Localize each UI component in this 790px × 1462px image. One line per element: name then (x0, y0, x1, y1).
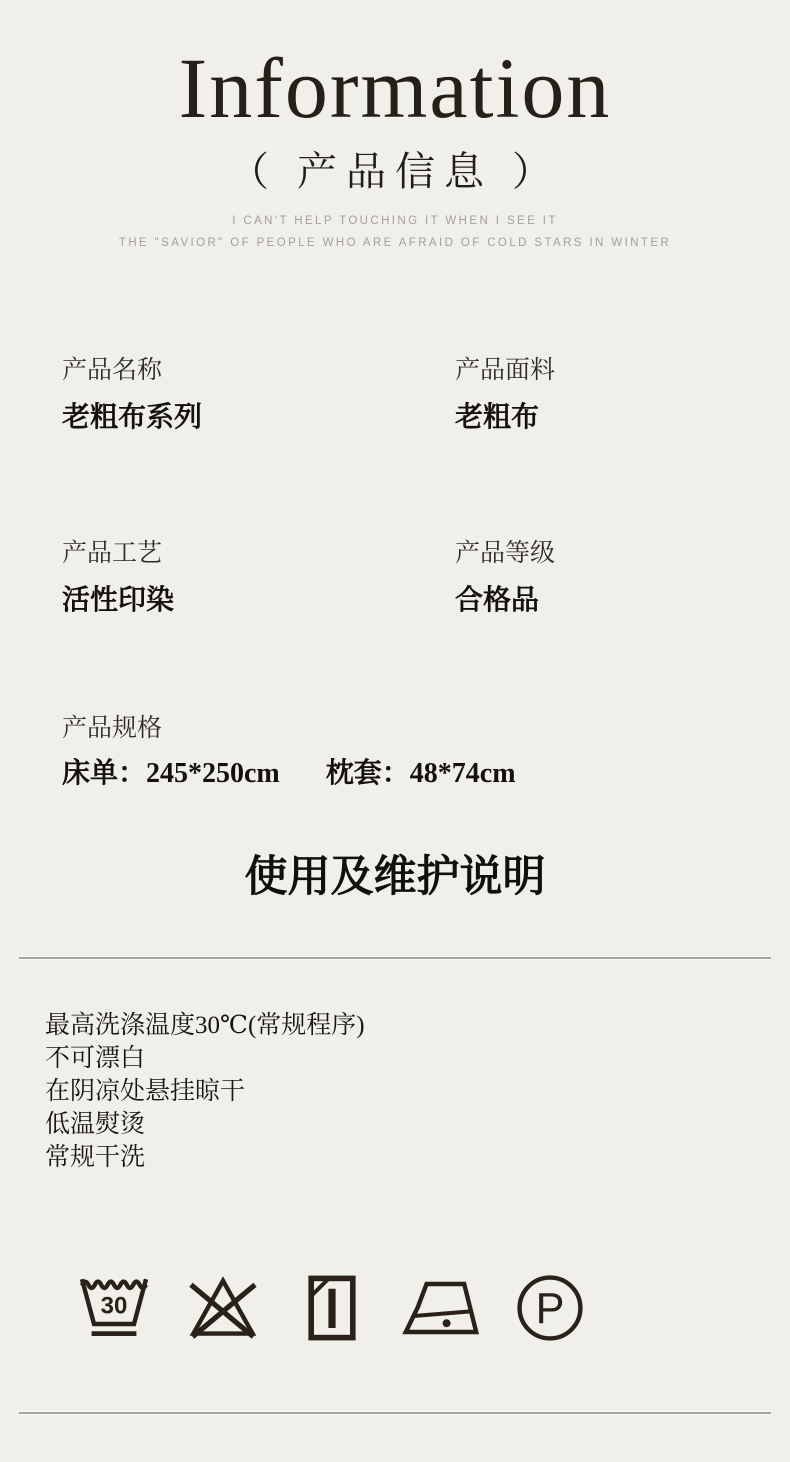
tagline-line-1: I CAN'T HELP TOUCHING IT WHEN I SEE IT (0, 214, 790, 228)
care-instruction: 最高洗涤温度30℃(常规程序) (45, 1009, 790, 1042)
svg-text:30: 30 (101, 1293, 128, 1320)
header: Information （ 产品信息 ） I CAN'T HELP TOUCHI… (0, 0, 790, 250)
page-title: Information (0, 0, 790, 134)
spec-values: 床单：245*250cm枕套：48*74cm (62, 755, 790, 793)
dry-clean-p-icon: P (510, 1268, 590, 1348)
field-product-name: 产品名称 老粗布系列 (62, 354, 455, 437)
svg-text:P: P (536, 1285, 565, 1333)
care-instruction: 不可漂白 (45, 1042, 790, 1075)
field-product-spec: 产品规格 床单：245*250cm枕套：48*74cm (62, 712, 790, 793)
field-label: 产品面料 (455, 354, 790, 387)
care-instructions-list: 最高洗涤温度30℃(常规程序) 不可漂白 在阴凉处悬挂晾干 低温熨烫 常规干洗 (45, 1009, 790, 1174)
field-value: 老粗布系列 (62, 399, 455, 437)
field-value: 老粗布 (455, 399, 790, 437)
field-label: 产品名称 (62, 354, 455, 387)
care-instruction: 在阴凉处悬挂晾干 (45, 1075, 790, 1108)
iron-low-heat-icon (401, 1268, 481, 1348)
laundry-icons-row: 30 (74, 1268, 790, 1348)
field-label: 产品等级 (455, 537, 790, 570)
care-instruction: 低温熨烫 (45, 1108, 790, 1141)
product-fields-grid: 产品名称 老粗布系列 产品面料 老粗布 产品工艺 活性印染 产品等级 合格品 (62, 354, 790, 720)
wash-30-icon: 30 (74, 1268, 154, 1348)
product-information-page: Information （ 产品信息 ） I CAN'T HELP TOUCHI… (0, 0, 790, 1462)
field-product-grade: 产品等级 合格品 (455, 537, 790, 620)
drip-dry-in-shade-icon (292, 1268, 372, 1348)
field-label: 产品工艺 (62, 537, 455, 570)
product-details: 产品名称 老粗布系列 产品面料 老粗布 产品工艺 活性印染 产品等级 合格品 产… (62, 354, 790, 793)
spec-label: 产品规格 (62, 712, 790, 745)
field-product-fabric: 产品面料 老粗布 (455, 354, 790, 437)
field-value: 合格品 (455, 582, 790, 620)
page-subtitle: （ 产品信息 ） (0, 146, 790, 198)
field-value: 活性印染 (62, 582, 455, 620)
tagline-line-2: THE "SAVIOR" OF PEOPLE WHO ARE AFRAID OF… (0, 236, 790, 250)
care-section-heading: 使用及维护说明 (0, 850, 790, 906)
field-product-craft: 产品工艺 活性印染 (62, 537, 455, 620)
divider-top (19, 957, 771, 959)
spec-sheet-size: 床单：245*250cm (62, 758, 280, 789)
divider-bottom (19, 1412, 771, 1414)
do-not-bleach-icon (183, 1268, 263, 1348)
care-instruction: 常规干洗 (45, 1141, 790, 1174)
spec-pillowcase-size: 枕套：48*74cm (326, 758, 516, 789)
